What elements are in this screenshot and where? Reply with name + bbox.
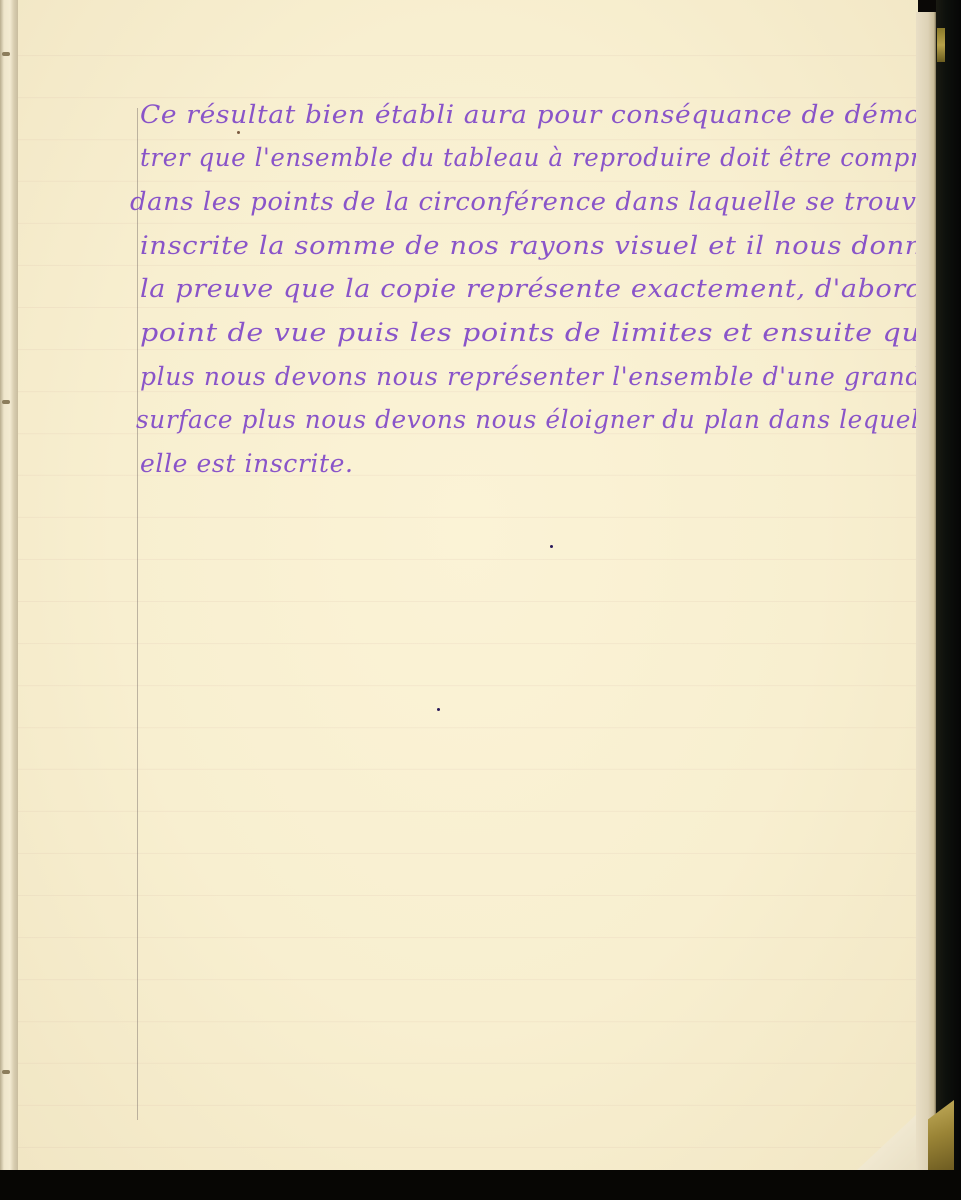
text-line-3: dans les points de la circonférence dans… — [130, 187, 932, 216]
text-line-1: Ce résultat bien établi aura pour conséq… — [140, 100, 948, 129]
handwritten-text-block: Ce résultat bien établi aura pour conséq… — [18, 0, 918, 1170]
book-binding — [0, 0, 18, 1170]
book-cover-bottom — [0, 1170, 961, 1200]
text-line-4: inscrite la somme de nos rayons visuel e… — [140, 231, 940, 260]
text-line-8: surface plus nous devons nous éloigner d… — [136, 405, 920, 434]
text-line-6: point de vue puis les points de limites … — [140, 318, 948, 347]
book-cover-edge — [936, 0, 961, 1200]
binding-thread — [2, 400, 10, 404]
text-line-5: la preuve que la copie représente exacte… — [140, 274, 959, 303]
manuscript-scan: Ce résultat bien établi aura pour conséq… — [0, 0, 961, 1200]
text-line-9: elle est inscrite. — [140, 449, 354, 478]
manuscript-page: Ce résultat bien établi aura pour conséq… — [18, 0, 918, 1170]
text-line-7: plus nous devons nous représenter l'ense… — [140, 362, 937, 391]
text-line-2: trer que l'ensemble du tableau à reprodu… — [140, 143, 944, 172]
binding-thread — [2, 52, 10, 56]
ink-speck — [437, 708, 440, 711]
brass-clip-top — [937, 28, 945, 62]
ink-speck — [550, 545, 553, 548]
underlying-page-edges — [916, 12, 936, 1182]
binding-thread — [2, 1070, 10, 1074]
ink-speck — [237, 131, 240, 134]
